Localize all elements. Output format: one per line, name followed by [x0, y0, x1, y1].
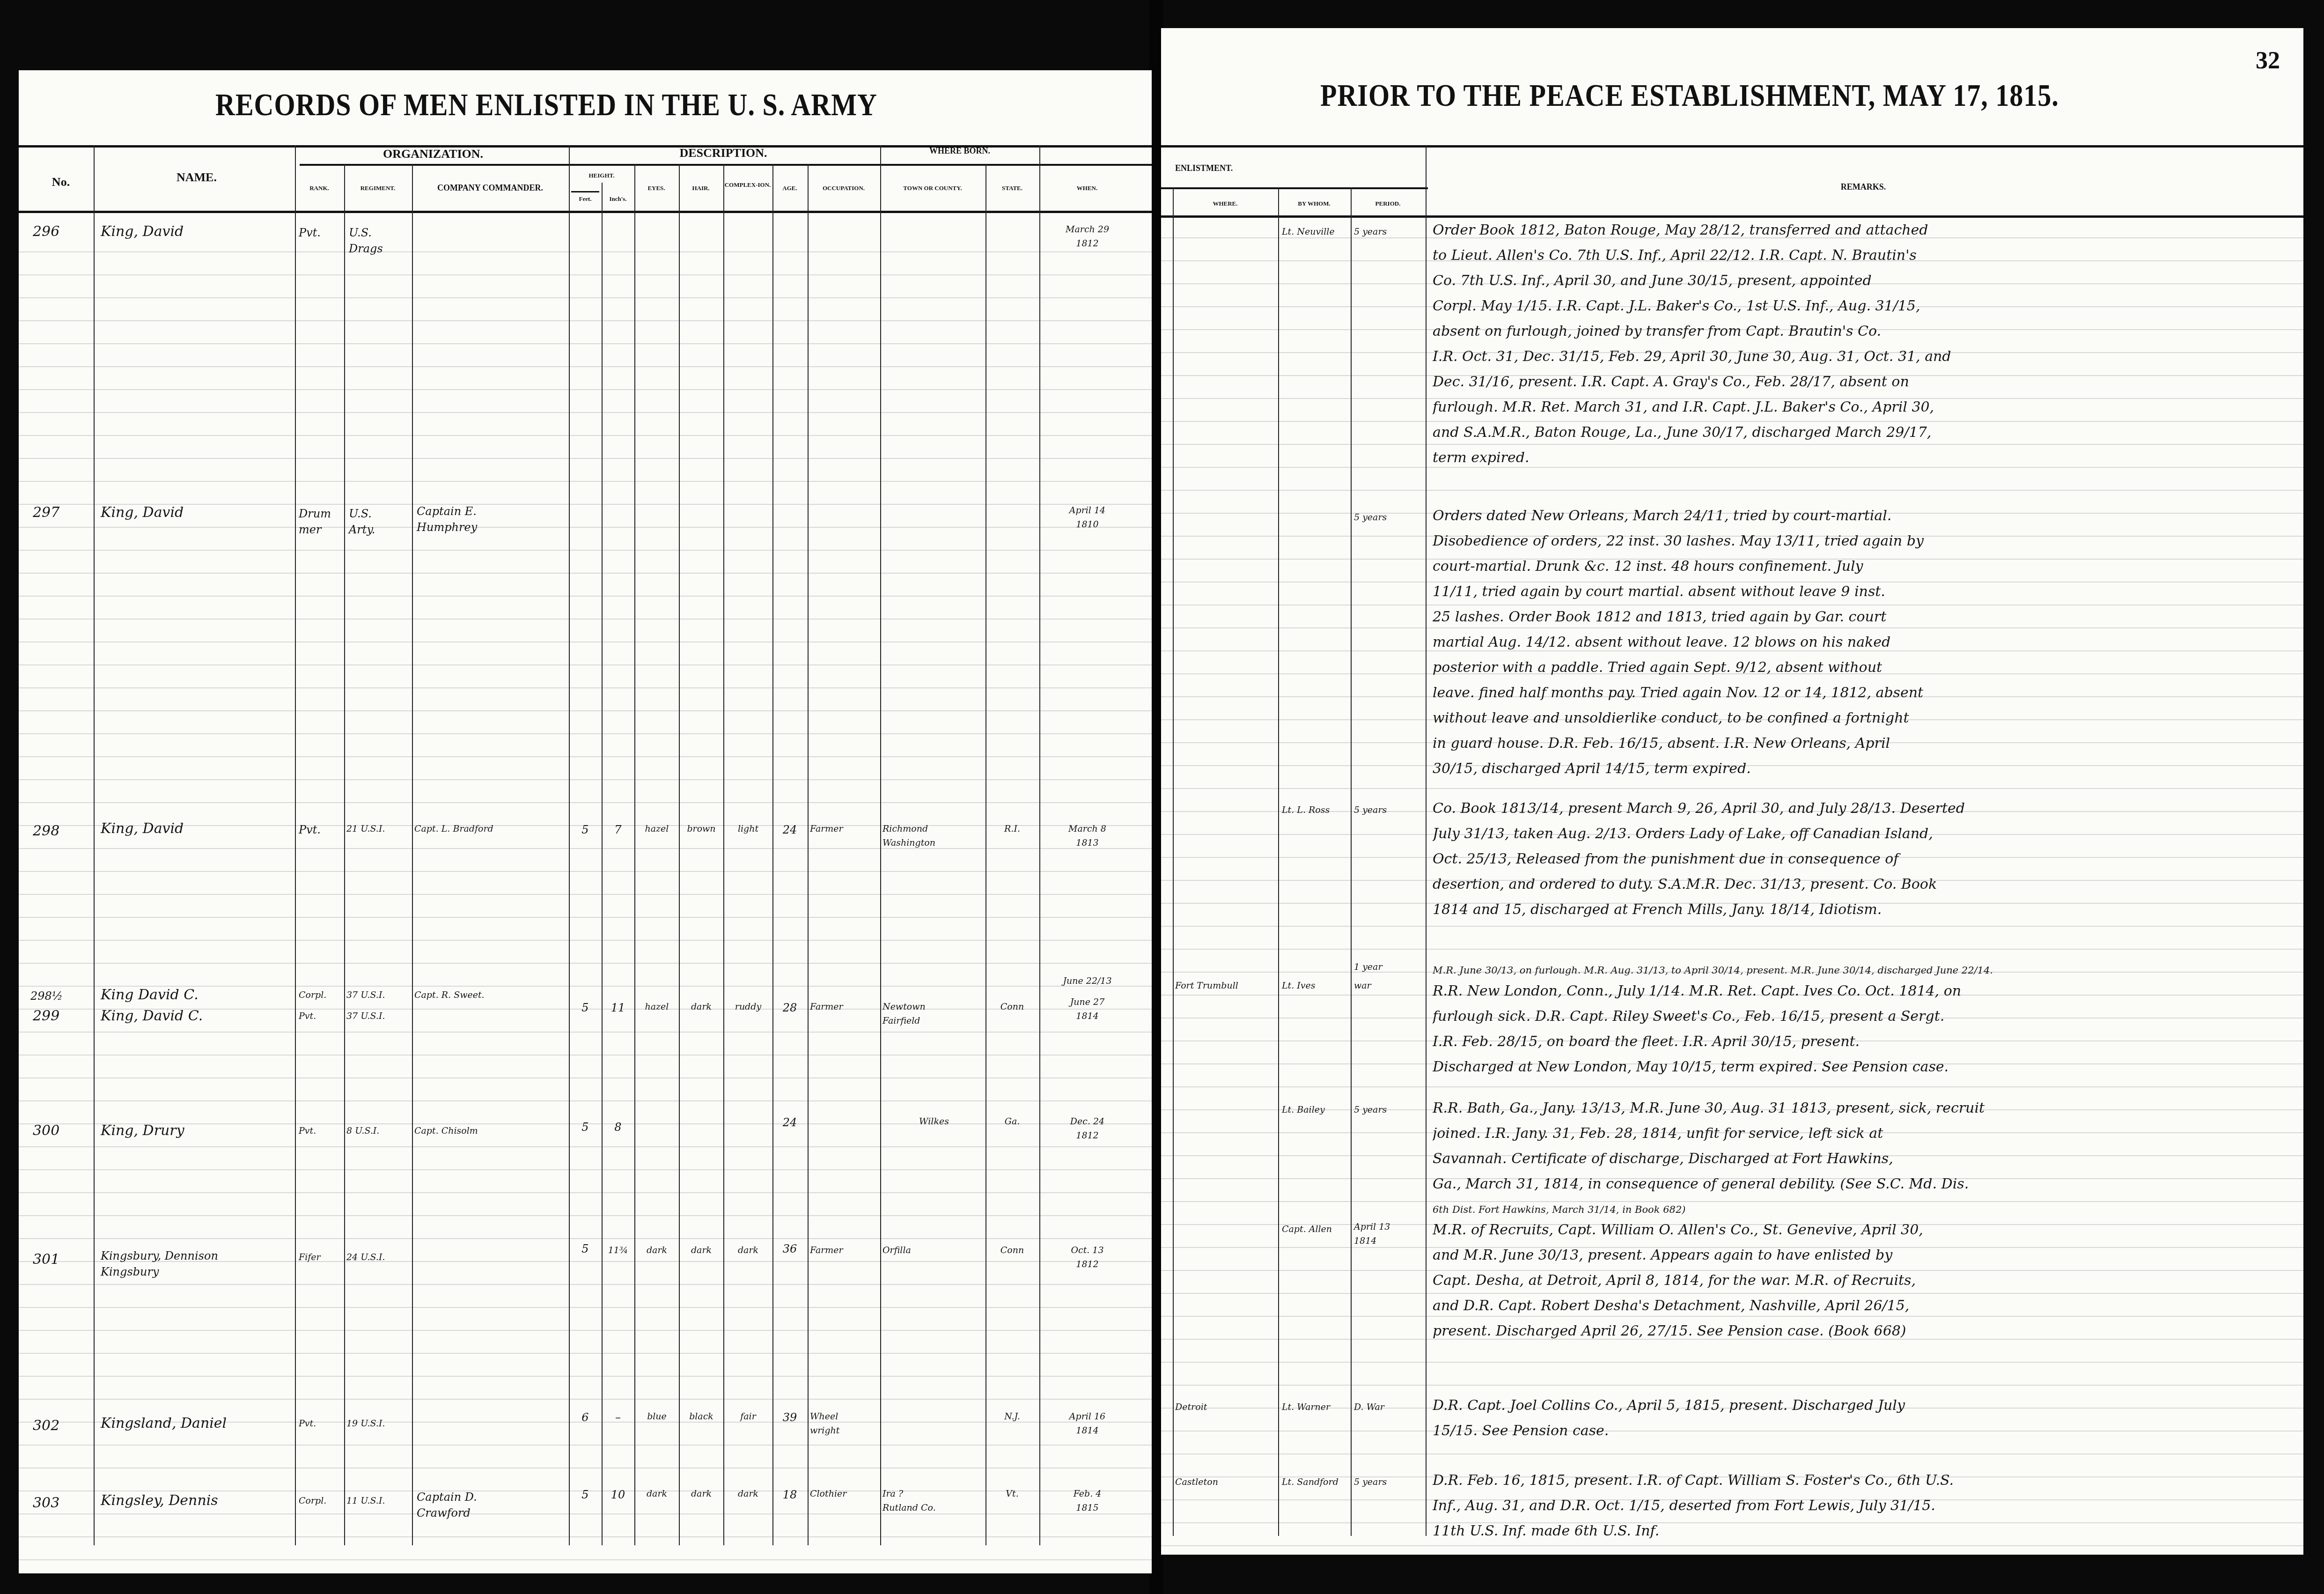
record-eyes: dark	[636, 1487, 678, 1501]
record-no: 296	[33, 222, 89, 241]
record-town: Wilkes	[883, 1114, 985, 1129]
record-age: 24	[773, 822, 806, 838]
record-name: King, David	[101, 222, 293, 241]
record-rank: Fifer	[299, 1250, 343, 1264]
record-when: March 8 1813	[1042, 822, 1133, 850]
col-divider	[1278, 187, 1279, 1536]
record-regiment: 37 U.S.I.	[346, 988, 412, 1002]
record-name: Kingsley, Dennis	[101, 1491, 297, 1510]
col-divider	[1039, 145, 1040, 1545]
header-feet: Feet.	[570, 196, 601, 202]
record-where: Fort Trumbull	[1175, 979, 1278, 993]
record-company-commander: Capt. R. Sweet.	[414, 988, 569, 1002]
col-divider	[344, 164, 345, 1545]
header-age: AGE.	[773, 185, 806, 192]
record-regiment: 11 U.S.I.	[346, 1494, 412, 1508]
record-period: 5 years	[1354, 1475, 1424, 1489]
header-where: WHERE.	[1174, 200, 1277, 207]
record-complexion: fair	[725, 1410, 772, 1424]
record-feet: 6	[571, 1410, 599, 1425]
record-by-whom: Capt. Allen	[1282, 1222, 1352, 1236]
record-eyes: hazel	[636, 822, 678, 836]
record-remarks: D.R. Capt. Joel Collins Co., April 5, 18…	[1433, 1393, 2280, 1444]
col-divider	[723, 164, 724, 1545]
record-no: 303	[33, 1494, 89, 1513]
record-period: 5 years	[1354, 1103, 1424, 1117]
col-divider	[634, 164, 635, 1545]
record-age: 36	[773, 1241, 806, 1257]
record-company-commander: Captain D. Crawford	[417, 1489, 566, 1521]
record-state: Ga.	[986, 1114, 1038, 1129]
record-regiment: 21 U.S.I.	[346, 822, 412, 836]
record-period: April 13 1814	[1354, 1220, 1424, 1248]
col-divider	[295, 145, 296, 1545]
record-eyes: dark	[636, 1243, 678, 1257]
record-town: Orfilla	[883, 1243, 985, 1257]
record-occupation: Farmer	[810, 1243, 880, 1257]
record-rank: Pvt.	[299, 1124, 343, 1138]
record-remarks: Co. Book 1813/14, present March 9, 26, A…	[1433, 796, 2280, 922]
record-age: 28	[773, 1000, 806, 1016]
record-eyes: blue	[636, 1410, 678, 1424]
record-occupation: Farmer	[810, 822, 880, 836]
record-remarks: M.R. of Recruits, Capt. William O. Allen…	[1433, 1218, 2280, 1344]
record-state: Conn	[986, 1243, 1038, 1257]
record-name: King, Drury	[101, 1122, 293, 1140]
record-hair: brown	[680, 822, 722, 836]
record-no: 298½	[30, 988, 94, 1004]
record-name: King David C.	[101, 986, 293, 1004]
record-where: Castleton	[1175, 1475, 1278, 1489]
record-by-whom: Lt. Sandford	[1282, 1475, 1352, 1489]
record-feet: 5	[571, 1487, 599, 1503]
record-occupation: Clothier	[810, 1487, 880, 1501]
header-where-born: WHERE BORN.	[883, 147, 1037, 156]
left-page-title: RECORDS OF MEN ENLISTED IN THE U. S. ARM…	[215, 87, 877, 123]
col-divider	[602, 183, 603, 1545]
record-name: King, David	[101, 819, 293, 838]
record-name: Kingsbury, Dennison Kingsbury	[101, 1248, 297, 1280]
record-regiment: 37 U.S.I.	[346, 1009, 412, 1023]
col-divider	[880, 145, 881, 1545]
record-where: Detroit	[1175, 1400, 1278, 1414]
record-rank: Corpl.	[299, 1494, 343, 1508]
record-age: 18	[773, 1487, 806, 1503]
record-rank: Drum mer	[299, 506, 343, 538]
header-regiment: REGIMENT.	[345, 185, 411, 192]
record-feet: 5	[571, 1119, 599, 1135]
record-town: Newtown Fairfield	[883, 1000, 985, 1028]
header-town-or-county: TOWN OR COUNTY.	[881, 185, 984, 192]
right-page-title: PRIOR TO THE PEACE ESTABLISHMENT, MAY 17…	[1320, 77, 2059, 113]
record-state: R.I.	[986, 822, 1038, 836]
record-hair: dark	[680, 1243, 722, 1257]
header-top-rule	[1161, 145, 2303, 148]
col-divider	[1351, 187, 1352, 1536]
record-period: 5 years	[1354, 225, 1424, 239]
record-name: Kingsland, Daniel	[101, 1414, 297, 1433]
header-name: NAME.	[112, 171, 281, 184]
header-complexion: COMPLEX-ION.	[724, 182, 771, 188]
header-when: WHEN.	[1040, 185, 1134, 192]
record-age: 39	[773, 1410, 806, 1425]
header-description: DESCRIPTION.	[571, 147, 875, 160]
record-inches: 11¾	[604, 1243, 632, 1257]
record-occupation: Wheel wright	[810, 1410, 880, 1438]
header-height: HEIGHT.	[570, 172, 633, 179]
header-rank: RANK.	[296, 185, 343, 192]
record-feet: 5	[571, 822, 599, 838]
col-divider	[1426, 145, 1427, 1536]
record-name: King, David C.	[101, 1007, 293, 1026]
ruled-lines	[19, 229, 1152, 1573]
col-divider	[1173, 187, 1174, 1536]
page-number: 32	[2256, 47, 2280, 74]
record-remarks: R.R. Bath, Ga., Jany. 13/13, M.R. June 3…	[1433, 1096, 2280, 1222]
record-remarks: R.R. New London, Conn., July 1/14. M.R. …	[1433, 979, 2280, 1080]
record-state: Conn	[986, 1000, 1038, 1014]
record-complexion: light	[725, 822, 772, 836]
record-complexion: dark	[725, 1243, 772, 1257]
record-period: war	[1354, 979, 1424, 993]
height-subheader-rule	[571, 191, 599, 192]
record-rank: Pvt.	[299, 1417, 343, 1431]
record-company-commander: Capt. Chisolm	[414, 1124, 569, 1138]
record-no: 300	[33, 1122, 89, 1140]
record-by-whom: Lt. L. Ross	[1282, 803, 1352, 817]
record-period: 1 year	[1354, 960, 1424, 974]
header-period: PERIOD.	[1352, 200, 1424, 207]
col-divider	[985, 164, 986, 1545]
record-rank: Pvt.	[299, 1009, 343, 1023]
record-regiment: 19 U.S.I.	[346, 1417, 412, 1431]
record-hair: dark	[680, 1000, 722, 1014]
record-rank: Corpl.	[299, 988, 343, 1002]
record-inches: 11	[604, 1000, 632, 1016]
record-by-whom: Lt. Bailey	[1282, 1103, 1352, 1117]
header-bottom-rule	[19, 211, 1152, 213]
record-rank: Pvt.	[299, 225, 343, 241]
header-inches: Inch's.	[603, 196, 633, 202]
record-regiment: 24 U.S.I.	[346, 1250, 412, 1264]
record-when: June 22/13	[1042, 974, 1133, 988]
header-organization: ORGANIZATION.	[300, 148, 566, 161]
col-divider	[808, 164, 809, 1545]
record-state: N.J.	[986, 1410, 1038, 1424]
record-no: 299	[33, 1007, 89, 1026]
record-hair: dark	[680, 1487, 722, 1501]
col-divider	[94, 145, 95, 1545]
record-when: Oct. 13 1812	[1042, 1243, 1133, 1271]
record-inches: 7	[604, 822, 632, 838]
record-town: Ira ? Rutland Co.	[883, 1487, 985, 1515]
record-feet: 5	[571, 1000, 599, 1016]
record-by-whom: Lt. Ives	[1282, 979, 1352, 993]
record-no: 298	[33, 822, 89, 841]
record-age: 24	[773, 1114, 806, 1130]
record-remarks: Order Book 1812, Baton Rouge, May 28/12,…	[1433, 218, 2280, 471]
enlistment-subheader-rule	[1161, 187, 1428, 189]
header-no: No.	[37, 176, 84, 189]
record-rank: Pvt.	[299, 822, 343, 838]
record-name: King, David	[101, 503, 293, 522]
record-when: April 16 1814	[1042, 1410, 1133, 1438]
record-town: Richmond Washington	[883, 822, 985, 850]
record-company-commander: Captain E. Humphrey	[417, 503, 566, 535]
record-period: 5 years	[1354, 803, 1424, 817]
record-inches: –	[604, 1410, 632, 1425]
col-divider	[679, 164, 680, 1545]
record-remarks: Orders dated New Orleans, March 24/11, t…	[1433, 503, 2280, 782]
record-remarks: D.R. Feb. 16, 1815, present. I.R. of Cap…	[1433, 1468, 2280, 1544]
subheader-rule	[300, 164, 1152, 166]
record-no: 301	[33, 1250, 89, 1269]
record-hair: black	[680, 1410, 722, 1424]
header-occupation: OCCUPATION.	[809, 185, 879, 192]
record-eyes: hazel	[636, 1000, 678, 1014]
record-when: June 27 1814	[1042, 995, 1133, 1023]
record-inches: 8	[604, 1119, 632, 1135]
col-divider	[412, 164, 413, 1545]
header-enlistment: ENLISTMENT.	[1175, 164, 1316, 173]
record-inches: 10	[604, 1487, 632, 1503]
header-eyes: EYES.	[635, 185, 677, 192]
record-company-commander: Capt. L. Bradford	[414, 822, 569, 836]
record-when: April 14 1810	[1042, 503, 1133, 531]
col-divider	[772, 164, 773, 1545]
right-page: 32 PRIOR TO THE PEACE ESTABLISHMENT, MAY…	[1161, 28, 2303, 1555]
record-when: March 29 1812	[1042, 222, 1133, 251]
header-company-commander: COMPANY COMMANDER.	[413, 184, 567, 193]
record-period: D. War	[1354, 1400, 1424, 1414]
record-no: 297	[33, 503, 89, 522]
header-state: STATE.	[986, 185, 1038, 192]
record-regiment: U.S. Arty.	[349, 506, 410, 538]
header-by-whom: BY WHOM.	[1279, 200, 1349, 207]
record-by-whom: Lt. Neuville	[1282, 225, 1352, 239]
record-regiment: 8 U.S.I.	[346, 1124, 412, 1138]
header-remarks: REMARKS.	[1428, 183, 2299, 192]
record-period: 5 years	[1354, 510, 1424, 524]
left-page: RECORDS OF MEN ENLISTED IN THE U. S. ARM…	[19, 70, 1152, 1573]
record-state: Vt.	[986, 1487, 1038, 1501]
record-occupation: Farmer	[810, 1000, 880, 1014]
record-when: Dec. 24 1812	[1042, 1114, 1133, 1143]
col-divider	[569, 145, 570, 1545]
record-by-whom: Lt. Warner	[1282, 1400, 1352, 1414]
record-when: Feb. 4 1815	[1042, 1487, 1133, 1515]
record-regiment: U.S. Drags	[349, 225, 410, 257]
record-complexion: dark	[725, 1487, 772, 1501]
record-feet: 5	[571, 1241, 599, 1257]
record-no: 302	[33, 1417, 89, 1435]
header-hair: HAIR.	[680, 185, 722, 192]
record-complexion: ruddy	[725, 1000, 772, 1014]
